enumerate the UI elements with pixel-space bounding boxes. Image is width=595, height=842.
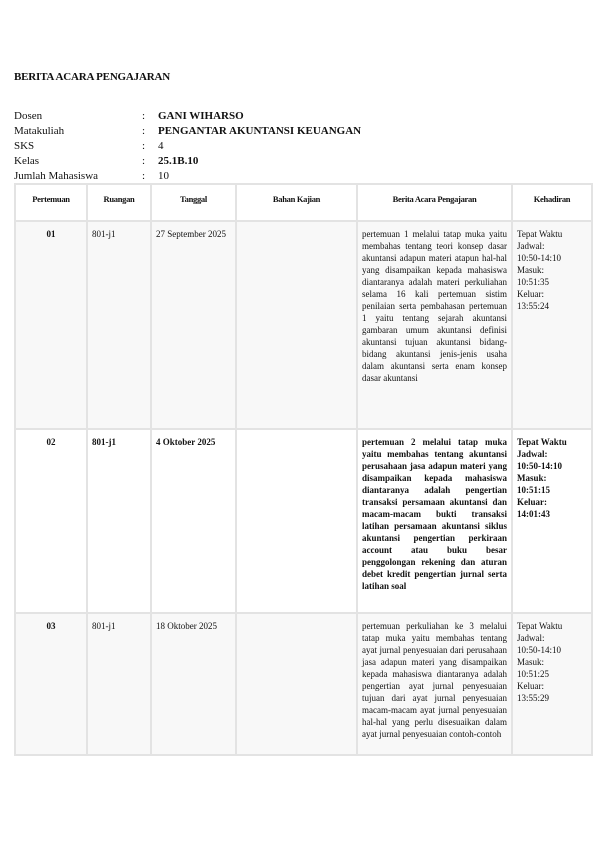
cell-kehadiran: Tepat Waktu Jadwal: 10:50-14:10 Masuk: 1… [512,221,592,429]
attendance-table: Pertemuan Ruangan Tanggal Bahan Kajian B… [14,183,593,756]
kehadiran-jadwal-label: Jadwal: [517,240,587,252]
kehadiran-status: Tepat Waktu [517,436,587,448]
kehadiran-masuk-value: 10:51:35 [517,276,587,288]
kehadiran-keluar-label: Keluar: [517,288,587,300]
header-pertemuan: Pertemuan [15,184,87,221]
info-value-matakuliah: PENGANTAR AKUNTANSI KEUANGAN [158,124,361,139]
kehadiran-keluar-value: 13:55:24 [517,300,587,312]
info-value-jumlah-mahasiswa: 10 [158,169,169,184]
course-info: Dosen : GANI WIHARSO Matakuliah : PENGAN… [14,109,361,184]
info-colon: : [142,124,158,139]
kehadiran-keluar-label: Keluar: [517,680,587,692]
cell-tanggal: 18 Oktober 2025 [151,613,236,755]
page-title: BERITA ACARA PENGAJARAN [14,71,170,83]
cell-ruangan: 801-j1 [87,221,151,429]
cell-pertemuan: 03 [15,613,87,755]
kehadiran-keluar-label: Keluar: [517,496,587,508]
cell-berita-acara: pertemuan 2 melalui tatap muka yaitu mem… [357,429,512,613]
info-row-jumlah-mahasiswa: Jumlah Mahasiswa : 10 [14,169,361,184]
cell-bahan-kajian [236,429,357,613]
info-colon: : [142,139,158,154]
kehadiran-masuk-label: Masuk: [517,264,587,276]
info-row-dosen: Dosen : GANI WIHARSO [14,109,361,124]
cell-tanggal: 4 Oktober 2025 [151,429,236,613]
kehadiran-jadwal-value: 10:50-14:10 [517,252,587,264]
info-value-sks: 4 [158,139,164,154]
cell-bahan-kajian [236,221,357,429]
kehadiran-jadwal-label: Jadwal: [517,448,587,460]
kehadiran-keluar-value: 13:55:29 [517,692,587,704]
kehadiran-jadwal-label: Jadwal: [517,632,587,644]
info-label: SKS [14,139,142,154]
info-label: Jumlah Mahasiswa [14,169,142,184]
cell-bahan-kajian [236,613,357,755]
cell-kehadiran: Tepat Waktu Jadwal: 10:50-14:10 Masuk: 1… [512,613,592,755]
header-tanggal: Tanggal [151,184,236,221]
info-colon: : [142,154,158,169]
info-row-sks: SKS : 4 [14,139,361,154]
table-row: 01 801-j1 27 September 2025 pertemuan 1 … [15,221,592,429]
kehadiran-masuk-value: 10:51:15 [517,484,587,496]
info-label: Matakuliah [14,124,142,139]
cell-ruangan: 801-j1 [87,429,151,613]
header-kehadiran: Kehadiran [512,184,592,221]
kehadiran-masuk-value: 10:51:25 [517,668,587,680]
header-berita-acara: Berita Acara Pengajaran [357,184,512,221]
header-bahan-kajian: Bahan Kajian [236,184,357,221]
info-colon: : [142,109,158,124]
header-ruangan: Ruangan [87,184,151,221]
cell-berita-acara: pertemuan perkuliahan ke 3 melalui tatap… [357,613,512,755]
kehadiran-keluar-value: 14:01:43 [517,508,587,520]
info-row-matakuliah: Matakuliah : PENGANTAR AKUNTANSI KEUANGA… [14,124,361,139]
info-label: Dosen [14,109,142,124]
info-row-kelas: Kelas : 25.1B.10 [14,154,361,169]
info-value-kelas: 25.1B.10 [158,154,198,169]
info-colon: : [142,169,158,184]
cell-kehadiran: Tepat Waktu Jadwal: 10:50-14:10 Masuk: 1… [512,429,592,613]
table-header-row: Pertemuan Ruangan Tanggal Bahan Kajian B… [15,184,592,221]
table-row: 03 801-j1 18 Oktober 2025 pertemuan perk… [15,613,592,755]
info-label: Kelas [14,154,142,169]
info-value-dosen: GANI WIHARSO [158,109,244,124]
cell-ruangan: 801-j1 [87,613,151,755]
kehadiran-masuk-label: Masuk: [517,656,587,668]
kehadiran-masuk-label: Masuk: [517,472,587,484]
kehadiran-jadwal-value: 10:50-14:10 [517,644,587,656]
cell-berita-acara: pertemuan 1 melalui tatap muka yaitu mem… [357,221,512,429]
kehadiran-status: Tepat Waktu [517,620,587,632]
kehadiran-jadwal-value: 10:50-14:10 [517,460,587,472]
cell-pertemuan: 02 [15,429,87,613]
kehadiran-status: Tepat Waktu [517,228,587,240]
table-row: 02 801-j1 4 Oktober 2025 pertemuan 2 mel… [15,429,592,613]
cell-pertemuan: 01 [15,221,87,429]
cell-tanggal: 27 September 2025 [151,221,236,429]
